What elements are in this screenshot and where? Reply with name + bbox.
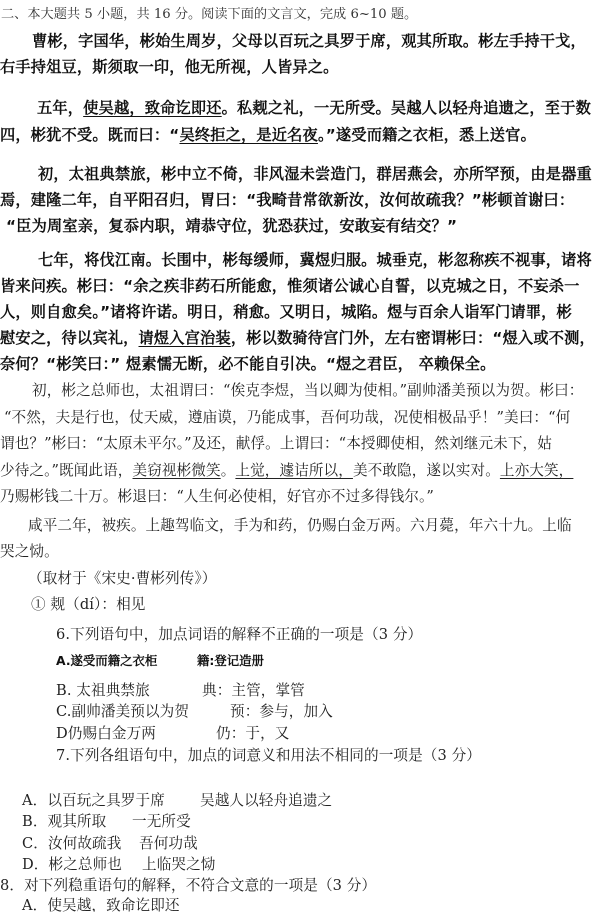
- passage-p5-line5: 乃赐彬钱二十万。彬退曰：“人生何必使相，好官亦不过多得钱尔。”: [0, 485, 434, 506]
- passage-p4-line5: 奈何？“彬笑曰：” 煜素懦无断，必不能自引决。“煜之君臣， 卒赖保全。: [0, 353, 496, 374]
- option-text: C．汝何故疏我: [22, 835, 121, 852]
- question-6-option-a: A.遂受而籍之衣柜 籍:登记造册: [56, 651, 157, 669]
- text-segment: 。”遂受而籍之衣柜，悉上送官。: [318, 126, 536, 144]
- underlined-phrase: 上亦大笑，: [500, 462, 573, 479]
- option-text: D．彬之总师也: [22, 856, 122, 873]
- passage-p3-line3: “臣为周室亲，复忝内职，靖恭守位，犹恐获过，安敢妄有结交？”: [6, 215, 457, 236]
- underlined-phrase: 使吴越，致命讫即还: [83, 99, 222, 117]
- question-6-stem: 6.下列语句中，加点词语的解释不正确的一项是（3 分）: [56, 623, 422, 644]
- passage-p4-line2: 皆来问疾。彬曰：“余之疾非药石所能愈，惟须诸公诚心自誓，以克城之日，不妄杀一: [0, 275, 580, 296]
- option-text-pair: 上临哭之恸: [142, 853, 215, 874]
- underlined-phrase: 请煜入宫治装: [139, 329, 231, 347]
- passage-p5-line3: 谓也？”彬曰：“太原未平尔。”及还，献俘。上谓曰：“本授卿使相，然刘继元未下，姑: [0, 432, 552, 453]
- option-text: D仍赐白金万两: [56, 725, 156, 742]
- passage-p4-line3: 人，则自愈矣。”诸将许诺。明日，稍愈。又明日，城陷。煜与百余人诣军门请罪，彬: [0, 301, 572, 322]
- question-7-option-c: C．汝何故疏我 吾何功哉: [22, 832, 121, 853]
- question-7-option-d: D．彬之总师也 上临哭之恸: [22, 853, 122, 874]
- passage-p3-line1: 初，太祖典禁旅，彬中立不倚，非风湿未尝造门，群居燕会，亦所罕预，由是器重: [38, 163, 592, 184]
- passage-p2-line2: 四，彬犹不受。既而曰：“吴终拒之，是近名夜。”遂受而籍之衣柜，悉上送官。: [0, 124, 536, 145]
- text-segment: ，彬以数骑待宫门外，左右密谓彬曰：“煜入或不测，: [231, 329, 595, 347]
- option-explanation: 籍:登记造册: [197, 651, 264, 669]
- option-text: C.副帅潘美预以为贺: [56, 703, 189, 720]
- text-segment: 美不敢隐，遂以实对。: [353, 462, 500, 479]
- question-7-option-b: B．观其所取 一无所受: [22, 810, 106, 831]
- footnote: ① 觌（dí）：相见: [31, 593, 146, 614]
- section-instruction: 二、本大题共 5 小题，共 16 分。阅读下面的文言文，完成 6~10 题。: [1, 3, 417, 22]
- option-text-pair: 一无所受: [132, 810, 191, 831]
- option-text: B. 太祖典禁旅: [56, 682, 150, 699]
- text-segment: 。: [221, 462, 236, 479]
- question-6-option-d: D仍赐白金万两 仍：于，又: [56, 722, 156, 743]
- passage-p4-line1: 七年，将伐江南。长围中，彬每缓师，冀煜归服。城垂克，彬忽称疾不视事，诸将: [38, 249, 592, 270]
- passage-p4-line4: 慰安之，待以宾礼，请煜入宫治装，彬以数骑待宫门外，左右密谓彬曰：“煜入或不测，: [0, 327, 595, 348]
- underlined-phrase: 上觉，遽诘所以，: [235, 462, 353, 479]
- text-segment: 。私觌之礼，一无所受。吴越人以轻舟追遗之，至于数: [222, 99, 591, 117]
- question-8-stem: 8．对下列稳重语句的解释，不符合文意的一项是（3 分）: [0, 874, 376, 895]
- text-segment: 五年，: [37, 99, 83, 117]
- underlined-phrase: 吴终拒之，是近名夜: [179, 126, 318, 144]
- option-text: A．以百玩之具罗于席: [22, 792, 165, 809]
- text-segment: 四，彬犹不受。既而曰：“: [0, 126, 179, 144]
- passage-p3-line2: 焉，建隆二年，自平阳召归，胃曰：“我畸昔常欲新汝，汝何故疏我？”彬顿首谢曰：: [0, 189, 574, 210]
- passage-p5-line4: 少待之。”既闻此语，美窃视彬微笑。上觉，遽诘所以，美不敢隐，遂以实对。上亦大笑，: [0, 459, 573, 480]
- option-explanation: 典：主管，掌管: [202, 679, 305, 700]
- question-8-option-a: A．使吴越，致命讫即还: [22, 894, 180, 912]
- text-segment: 少待之。”既闻此语，: [0, 462, 133, 479]
- passage-p1-line1: 曹彬，字国华，彬始生周岁，父母以百玩之具罗于席，观其所取。彬左手持干戈，: [32, 30, 586, 51]
- passage-p6-line1: 咸平二年，被疾。上趣驾临文，手为和药，仍赐白金万两。六月薨，年六十九。上临: [28, 514, 572, 535]
- source-citation: （取材于《宋史·曹彬列传》）: [28, 567, 216, 588]
- passage-p2-line1: 五年，使吴越，致命讫即还。私觌之礼，一无所受。吴越人以轻舟追遗之，至于数: [37, 97, 591, 118]
- option-explanation: 预：参与，加入: [230, 700, 333, 721]
- option-text-pair: 吴越人以轻舟追遗之: [200, 789, 332, 810]
- question-7-option-a: A．以百玩之具罗于席 吴越人以轻舟追遗之: [22, 789, 165, 810]
- question-7-stem: 7.下列各组语句中，加点的词意义和用法不相同的一项是（3 分）: [56, 744, 481, 765]
- underlined-phrase: 美窃视彬微笑: [133, 462, 221, 479]
- option-text: B．观其所取: [22, 813, 106, 830]
- passage-p5-line2: “不然，夫是行也，仗天威，遵庙谟，乃能成事，吾何功哉，况使相极品乎！”美曰：“何: [4, 406, 570, 427]
- question-6-option-c: C.副帅潘美预以为贺 预：参与，加入: [56, 700, 189, 721]
- text-segment: 慰安之，待以宾礼，: [0, 329, 139, 347]
- option-text-pair: 吾何功哉: [139, 832, 198, 853]
- passage-p1-line2: 右手持俎豆，斯须取一印，他无所视，人皆异之。: [0, 56, 339, 77]
- passage-p6-line2: 哭之恸。: [0, 540, 59, 561]
- option-text: A.遂受而籍之衣柜: [56, 653, 157, 668]
- option-explanation: 仍：于，又: [216, 722, 289, 743]
- question-6-option-b: B. 太祖典禁旅 典：主管，掌管: [56, 679, 150, 700]
- passage-p5-line1: 初，彬之总师也，太祖谓曰：“俟克李煜，当以卿为使相。”副帅潘美预以为贺。彬曰：: [32, 379, 584, 400]
